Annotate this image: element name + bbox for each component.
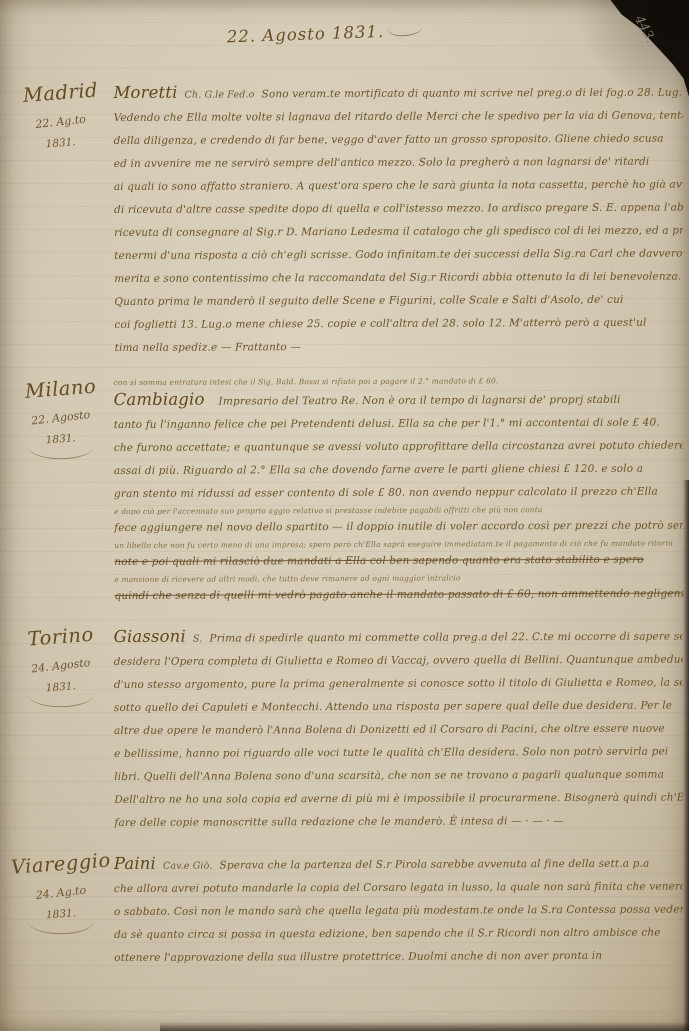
body-line: quindi che senza di quelli mi vedrò paga… <box>114 583 683 608</box>
body-line: ed in avvenire me ne servirò sempre dell… <box>114 151 683 176</box>
body-line: sotto quello dei Capuleti e Montecchi. A… <box>114 695 683 720</box>
margin-date: 24. Agosto <box>7 654 114 678</box>
entry-body: MorettiCh. G.le Fed.oSono veram.te morti… <box>113 77 683 360</box>
opening-line: PainiCav.e Giò.Sperava che la partenza d… <box>114 850 683 878</box>
margin-annotation: Madrid 22. Ag.to 1831. <box>7 79 114 360</box>
page-edge-right <box>683 480 689 1031</box>
margin-annotation: Milano 22. Agosto 1831. <box>7 375 114 608</box>
letter-entry: Viareggio 24. Ag.to 1831. PainiCav.e Giò… <box>8 848 684 971</box>
body-line: e bellissime, hanno poi riguardo alle vo… <box>114 741 683 766</box>
opening-line: MorettiCh. G.le Fed.oSono veram.te morti… <box>113 79 682 107</box>
body-line: note e poi quali mi rilasciò due mandati… <box>114 549 683 574</box>
body-line: libri. Quelli dell'Anna Bolena sono d'un… <box>114 764 683 789</box>
body-line: che allora avrei potuto mandarle la copi… <box>114 876 683 901</box>
correspondent-name: Moretti <box>113 83 177 102</box>
year-flourish <box>28 694 94 707</box>
margin-annotation: Viareggio 24. Ag.to 1831. <box>8 850 115 970</box>
margin-place: Madrid <box>7 77 114 108</box>
opening-text: Impresario del Teatro Re. Non è ora il t… <box>219 394 621 408</box>
body-line: di ricevuta d'altre casse spedite dopo d… <box>114 197 683 222</box>
page-edge-bottom <box>160 1022 689 1031</box>
body-line: da sè quanto circa si possa in questa ed… <box>114 922 683 947</box>
body-line: d'uno stesso argomento, pure la prima ge… <box>114 672 683 697</box>
body-line: fece aggiungere nel novo dello spartito … <box>114 515 683 540</box>
letter-entry: Torino 24. Agosto 1831. GiassoniS.Prima … <box>8 621 684 836</box>
year-flourish <box>28 446 94 459</box>
body-line: fare delle copie manoscritte sulla redaz… <box>114 810 683 835</box>
opening-line: CambiagioImpresario del Teatro Re. Non è… <box>114 386 683 414</box>
body-line: che furono accettate; e quantunque se av… <box>114 435 683 460</box>
opening-text: Prima di spedirle quanto mi commette col… <box>209 631 682 645</box>
body-line: Dell'altro ne ho una sola copia ed avern… <box>114 787 683 812</box>
flourish-stroke <box>388 28 422 37</box>
opening-text: Sperava che la partenza del S.r Pirola s… <box>219 858 649 872</box>
body-line: tima nella spediz.e — Frattanto — <box>115 335 684 360</box>
entry-body: PainiCav.e Giò.Sperava che la partenza d… <box>114 848 684 970</box>
body-line: tenermi d'una risposta a ciò ch'egli scr… <box>114 243 683 268</box>
body-line: della diligenza, e credendo di far bene,… <box>114 128 683 153</box>
correspondent-name: Giassoni <box>114 627 186 646</box>
year-flourish <box>28 921 94 934</box>
manuscript-page: 443. 22. Agosto 1831. Madrid 22. Ag.to 1… <box>0 0 689 1031</box>
body-line: desidera l'Opera completa di Giulietta e… <box>114 649 683 674</box>
body-line: ricevuta di consegnare al Sig.r D. Maria… <box>114 220 683 245</box>
body-line: Vedendo che Ella molte volte si lagnava … <box>114 105 683 130</box>
body-line: tanto fu l'inganno felice che pei Preten… <box>114 412 683 437</box>
body-line: merita e sono contentissimo che la racco… <box>114 266 683 291</box>
margin-date: 22. Agosto <box>7 406 114 430</box>
body-line: coi foglietti 13. Lug.o mene chiese 25. … <box>114 312 683 337</box>
body-line: assai di più. Riguardo al 2.° Ella sa ch… <box>114 458 683 483</box>
margin-date: 24. Ag.to <box>8 881 115 905</box>
body-line: altre due opere le manderò l'Anna Bolena… <box>114 718 683 743</box>
opening-text: Sono veram.te mortificato di quanto mi s… <box>262 87 683 101</box>
correspondent-name: Paini <box>114 854 156 873</box>
letter-entry: Milano 22. Agosto 1831. con sì somma ent… <box>7 373 683 609</box>
correspondent-name: Cambiagio <box>114 390 205 409</box>
margin-place: Viareggio <box>7 848 114 879</box>
body-line: Quanto prima le manderò il seguito delle… <box>114 289 683 314</box>
correspondent-title: Ch. G.le Fed.o <box>185 89 255 100</box>
body-line: o sabbato. Così non le mando sarà che qu… <box>114 899 683 924</box>
margin-annotation: Torino 24. Agosto 1831. <box>8 623 115 835</box>
entry-body: con sì somma entratura intesi che il Sig… <box>113 373 683 608</box>
opening-line: GiassoniS.Prima di spedirle quanto mi co… <box>114 623 683 651</box>
correspondent-title: S. <box>193 634 203 645</box>
correspondent-title: Cav.e Giò. <box>163 861 213 872</box>
body-line: ottenere l'approvazione della sua illust… <box>114 945 683 970</box>
margin-place: Milano <box>7 373 114 404</box>
letter-entry: Madrid 22. Ag.to 1831. MorettiCh. G.le F… <box>7 77 683 361</box>
margin-date: 22. Ag.to <box>7 110 114 134</box>
letter-entries: Madrid 22. Ag.to 1831. MorettiCh. G.le F… <box>8 78 683 984</box>
entry-body: GiassoniS.Prima di spedirle quanto mi co… <box>114 621 684 835</box>
body-line: gran stento mi ridussi ad esser contento… <box>114 481 683 506</box>
body-line: ai quali io sono affatto straniero. A qu… <box>114 174 683 199</box>
margin-place: Torino <box>7 621 114 652</box>
margin-year: 1831. <box>7 133 114 153</box>
